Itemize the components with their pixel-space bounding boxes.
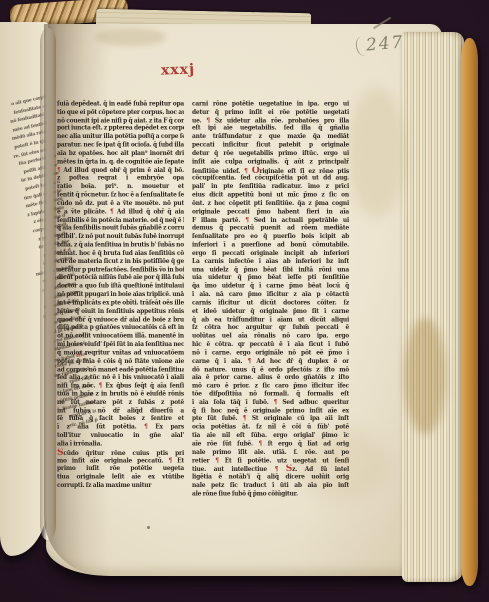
cover-edge (461, 38, 478, 586)
pencil-page-number: 247 (365, 32, 405, 55)
fore-edge-stack (402, 32, 464, 582)
folio-number: xxxj (156, 61, 201, 79)
text-column-right: carni rōne potētie uegetatiue in ipa. er… (192, 100, 349, 498)
text-column-left: ſuiā depẽdeat. q̄ in eadē ſubā repitur o… (57, 100, 184, 490)
book-photo: o aīt que corpūſenſualitate cūnō ſenſual… (0, 0, 489, 602)
page-curl-highlight (40, 28, 56, 540)
